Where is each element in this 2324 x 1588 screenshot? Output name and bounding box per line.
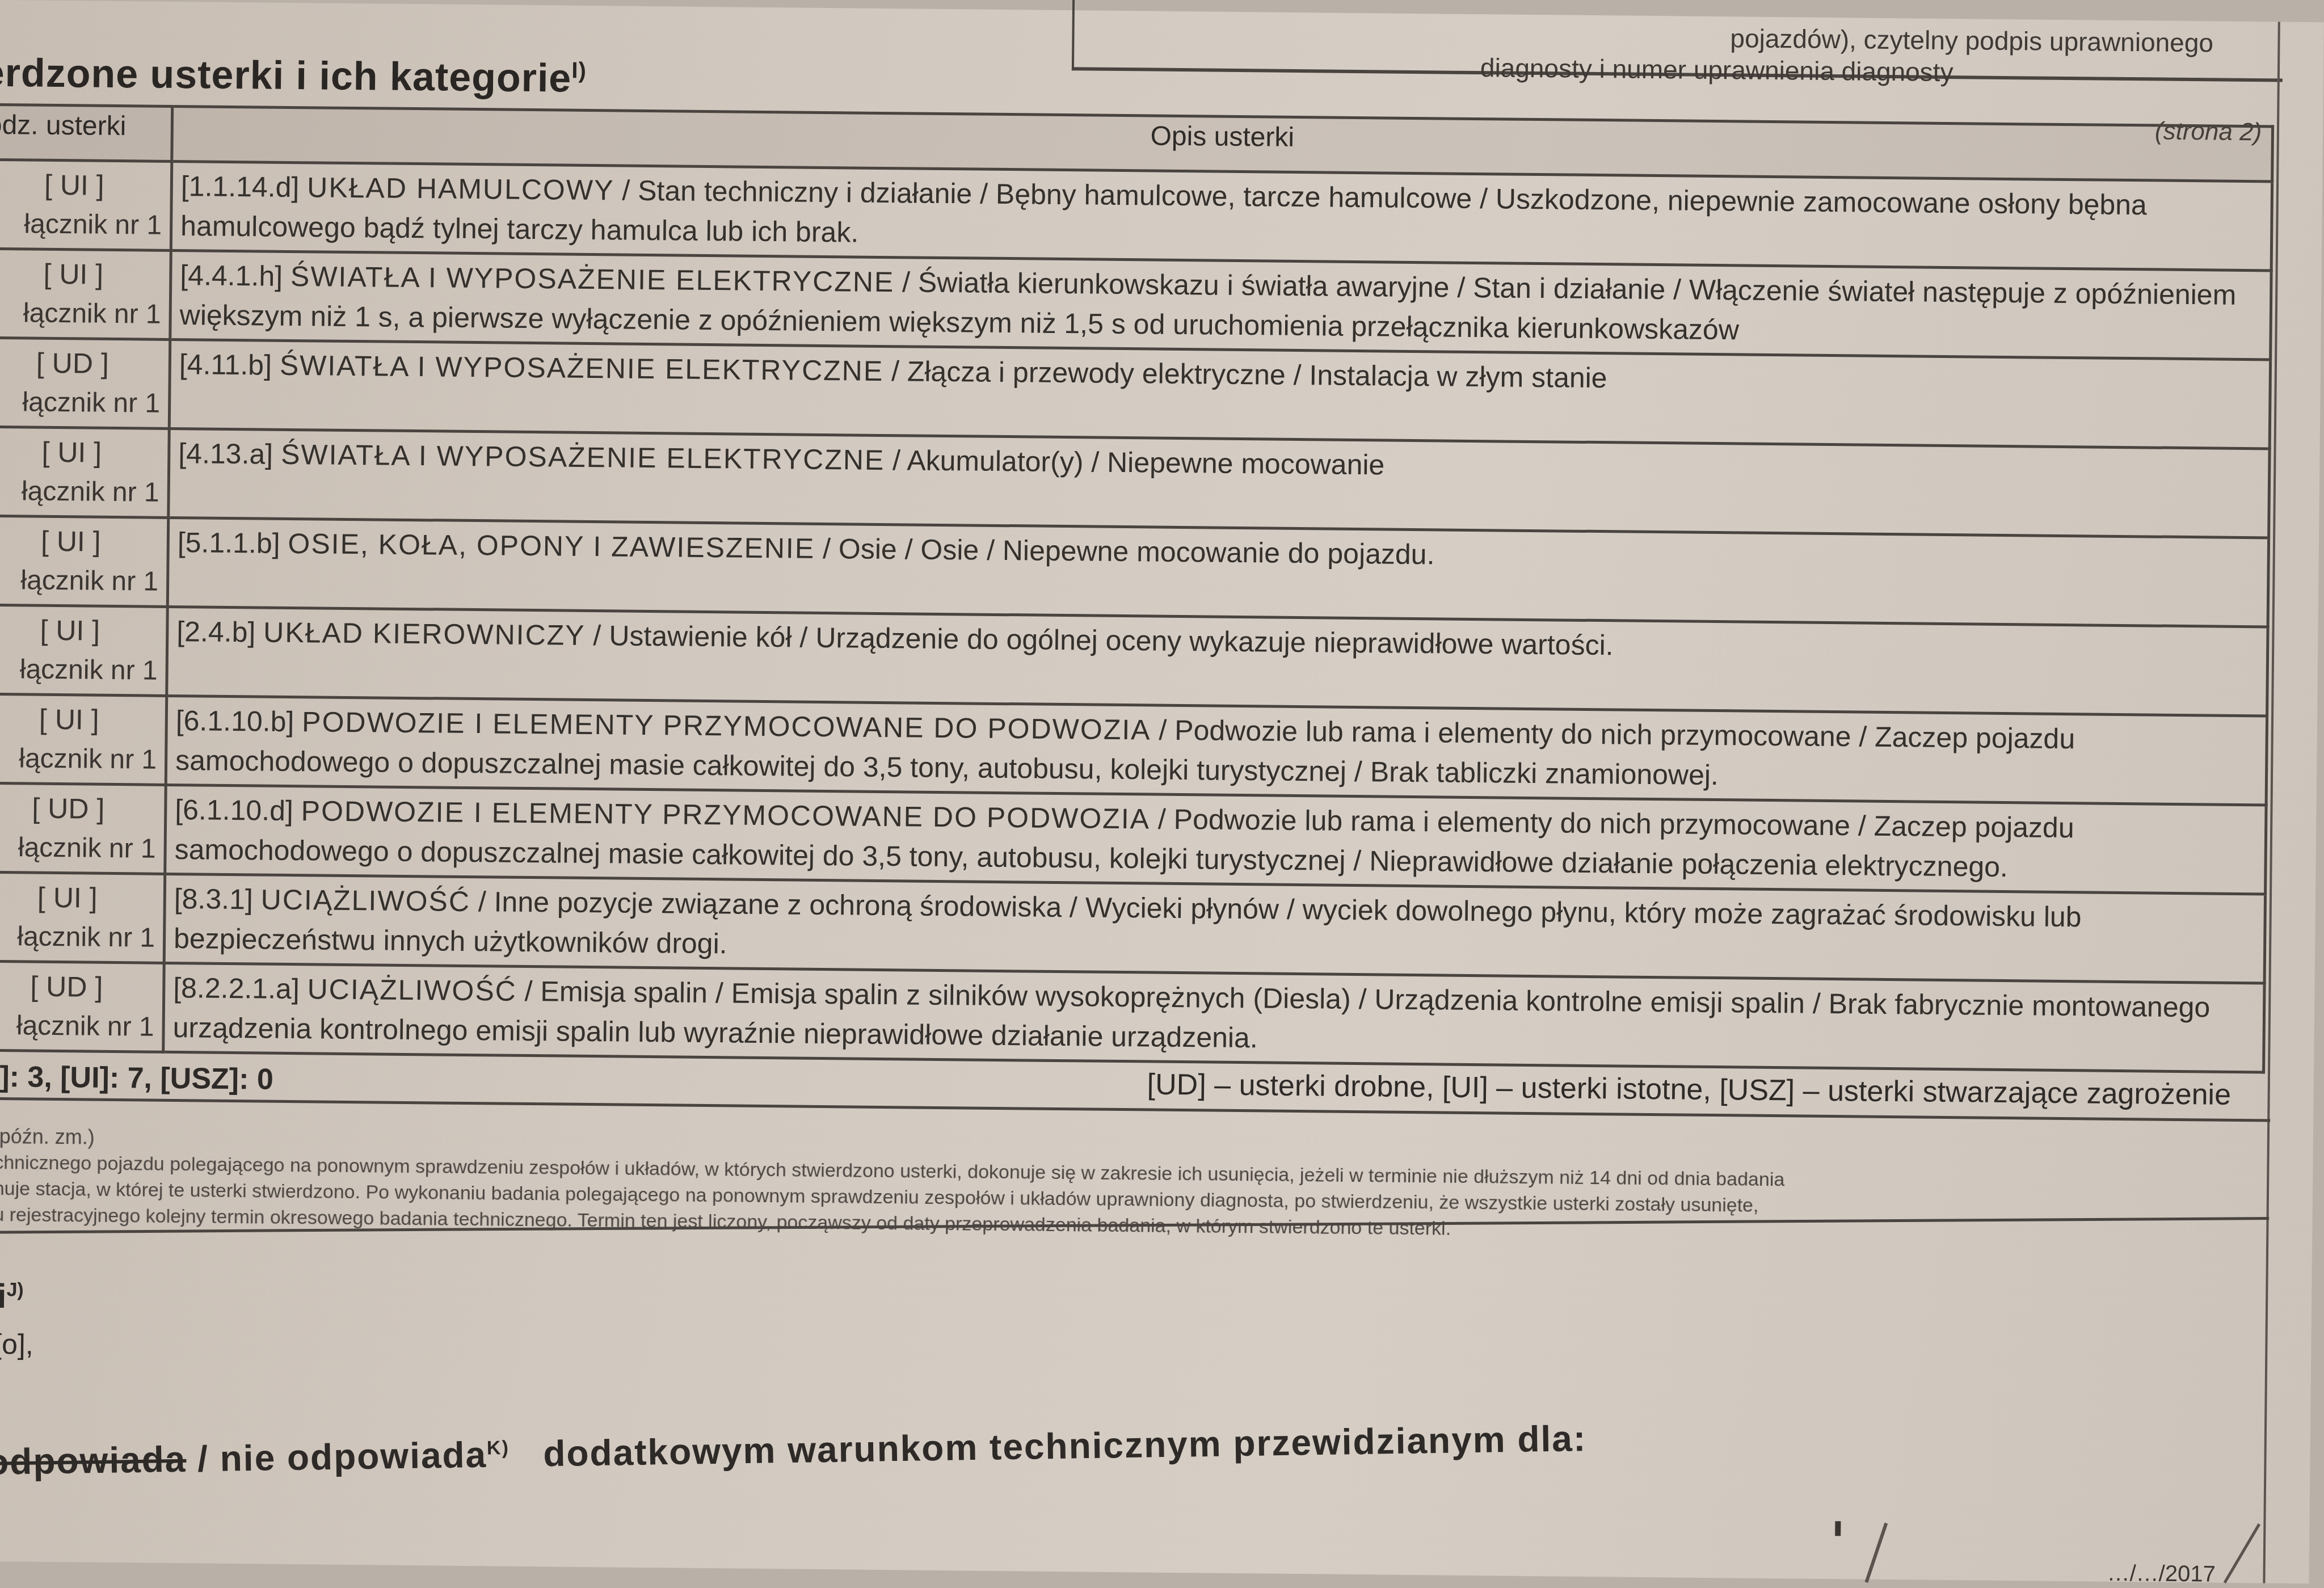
defect-category-cell: [ UI ]łącznik nr 1 <box>0 248 171 339</box>
defect-group: ŚWIATŁA I WYPOSAŻENIE ELEKTRYCZNE <box>280 349 884 387</box>
annex-ref: łącznik nr 1 <box>0 739 157 780</box>
defect-code: [4.13.a] <box>178 437 273 470</box>
footnote-ref: J) <box>6 1279 24 1300</box>
defects-table: odz. usterki Opis usterki [ UI ]łącznik … <box>0 103 2274 1074</box>
defect-code: [4.11.b] <box>179 348 272 381</box>
defect-category-cell: [ UI ]łącznik nr 1 <box>0 872 165 963</box>
defect-category-cell: [ UI ]łącznik nr 1 <box>0 159 172 250</box>
defect-category: [ UI ] <box>0 165 162 206</box>
defect-code: [6.1.10.b] <box>176 705 294 738</box>
defect-code: [1.1.14.d] <box>181 170 300 203</box>
defect-group: OSIE, KOŁA, OPONY I ZAWIESZENIE <box>288 528 815 565</box>
defect-category-cell: [ UI ]łącznik nr 1 <box>0 605 167 696</box>
defect-category: [ UI ] <box>0 877 155 919</box>
annex-ref: łącznik nr 1 <box>0 471 159 513</box>
defect-category: [ UD ] <box>0 966 155 1008</box>
document-page: pojazdów), czytelny podpis uprawnionego … <box>0 0 2324 1561</box>
defect-category: [ UI ] <box>0 699 157 740</box>
annex-ref: łącznik nr 1 <box>0 293 161 335</box>
defect-group: ŚWIATŁA I WYPOSAŻENIE ELEKTRYCZNE <box>281 439 885 476</box>
struck-option: odpowiada <box>0 1439 187 1482</box>
category-legend: [UD] – usterki drobne, [UI] – usterki is… <box>1147 1067 2231 1111</box>
annex-ref: łącznik nr 1 <box>0 650 158 691</box>
signature-stroke <box>2224 1523 2260 1561</box>
defect-code: [8.3.1] <box>174 883 254 915</box>
defect-category-cell: [ UD ]łącznik nr 1 <box>0 338 170 428</box>
section-j-value: [o], <box>0 1328 33 1361</box>
defect-category-cell: [ UI ]łącznik nr 1 <box>0 427 169 517</box>
defect-category: [ UD ] <box>0 343 161 384</box>
defect-text: / Osie / Osie / Niepewne mocowanie do po… <box>823 533 1435 570</box>
defect-category: [ UI ] <box>0 521 159 562</box>
defect-group: UKŁAD HAMULCOWY <box>307 171 614 206</box>
defect-group: ŚWIATŁA I WYPOSAŻENIE ELEKTRYCZNE <box>290 260 895 298</box>
defect-category: [ UD ] <box>0 788 157 829</box>
defect-category-cell: [ UD ]łącznik nr 1 <box>0 783 166 874</box>
defect-text: / Akumulator(y) / Niepewne mocowanie <box>892 444 1385 481</box>
defect-code: [6.1.10.d] <box>175 794 293 827</box>
defect-group: UKŁAD KIEROWNICZY <box>263 617 586 651</box>
defect-text: / Złącza i przewody elektryczne / Instal… <box>891 355 1607 394</box>
signature-stroke <box>1865 1523 1888 1561</box>
defect-category: [ UI ] <box>0 254 162 295</box>
signature-label: pojazdów), czytelny podpis uprawnionego … <box>1480 20 2275 91</box>
annex-ref: łącznik nr 1 <box>0 561 159 602</box>
defect-code: [4.4.1.h] <box>180 259 283 292</box>
defect-category-cell: [ UD ]łącznik nr 1 <box>0 961 164 1052</box>
annex-ref: łącznik nr 1 <box>0 828 156 869</box>
defect-code: [5.1.1.b] <box>178 526 280 559</box>
defect-code: [8.2.2.1.a] <box>173 972 300 1005</box>
defect-category: [ UI ] <box>0 432 160 473</box>
defect-group: UCIĄŻLIWOŚĆ <box>260 883 470 917</box>
section-title-text: erdzone usterki i ich kategorie <box>0 50 572 100</box>
defect-category: [ UI ] <box>0 610 158 651</box>
footnote-ref: I) <box>571 58 587 83</box>
column-header-code: odz. usterki <box>0 104 172 161</box>
defect-category-cell: [ UI ]łącznik nr 1 <box>0 516 169 606</box>
defect-code: [2.4.b] <box>176 616 256 648</box>
defect-group: UCIĄŻLIWOŚĆ <box>307 973 517 1007</box>
defect-group: PODWOZIE I ELEMENTY PRZYMOCOWANE DO PODW… <box>302 706 1151 745</box>
defect-text: / Ustawienie kół / Urządzenie do ogólnej… <box>593 620 1614 661</box>
pen-mark <box>1835 1521 1841 1536</box>
defect-group: PODWOZIE I ELEMENTY PRZYMOCOWANE DO PODW… <box>301 795 1150 835</box>
footnote-ref: K) <box>487 1437 510 1459</box>
conformity-text: dodatkowym warunkom technicznym przewidz… <box>543 1418 1587 1474</box>
annex-ref: łącznik nr 1 <box>0 204 162 246</box>
annex-ref: łącznik nr 1 <box>0 917 155 958</box>
annex-ref: łącznik nr 1 <box>0 1006 154 1047</box>
conformity-statement: odpowiada / nie odpowiadaK) dodatkowym w… <box>0 1417 1587 1483</box>
annex-ref: łącznik nr 1 <box>0 382 161 424</box>
defect-counts: D]: 3, [UI]: 7, [USZ]: 0 <box>0 1060 273 1097</box>
section-j-title: giJ) <box>0 1277 24 1316</box>
separator: / <box>186 1438 220 1480</box>
section-title: erdzone usterki i ich kategorieI) <box>0 50 587 101</box>
selected-option: nie odpowiada <box>220 1434 487 1479</box>
defect-category-cell: [ UI ]łącznik nr 1 <box>0 694 167 785</box>
section-j-title-text: gi <box>0 1277 7 1316</box>
signature-label-line2: diagnosty i numer uprawnienia diagnosty <box>1480 53 1953 87</box>
